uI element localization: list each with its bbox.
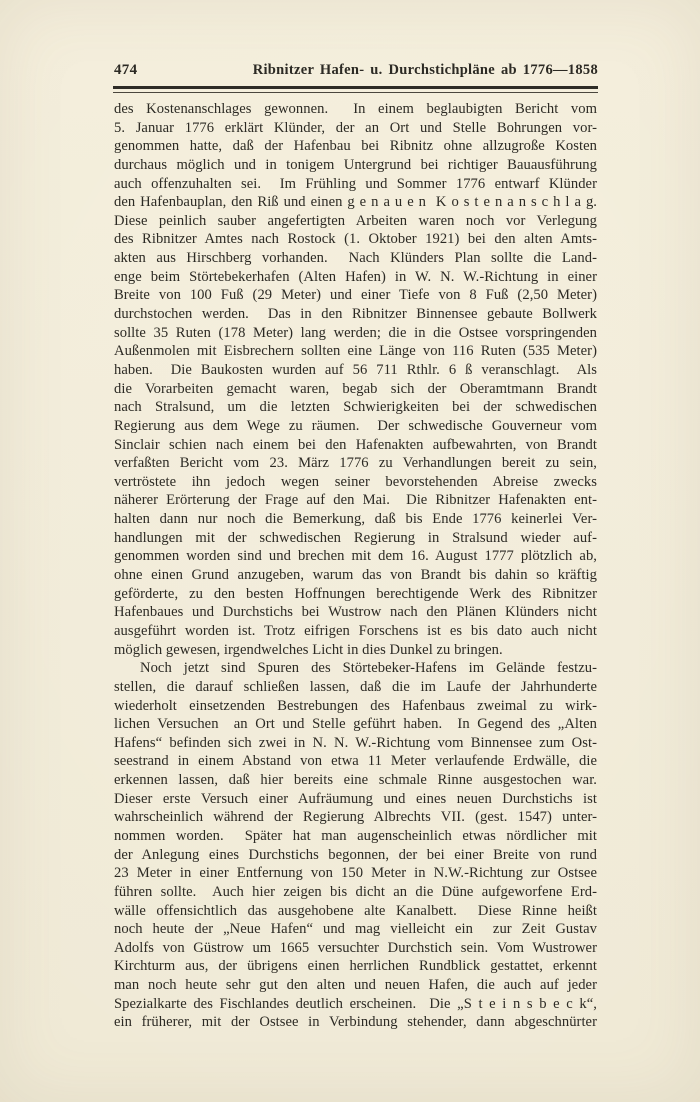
page-header: 474 Ribnitzer Hafen- u. Durchstichpläne …	[114, 62, 598, 79]
text-line: näherer Erörterung der Frage auf den Mai…	[114, 491, 597, 510]
text-line: man noch heute sehr gut den alten und ne…	[114, 976, 597, 995]
text-line: Spezialkarte des Fischlandes deutlich er…	[114, 995, 597, 1014]
text-line: der Anlegung eines Durchstichs begonnen,…	[114, 846, 597, 865]
text-line: handlungen mit der schwedischen Regierun…	[114, 529, 597, 548]
text-line: durchaus möglich und in tonigem Untergru…	[114, 156, 597, 175]
text-line: des Kostenanschlages gewonnen. In einem …	[114, 100, 597, 119]
text-line: möglich gewesen, irgendwelches Licht in …	[114, 641, 597, 660]
text-line: Sinclair schien nach einem bei den Hafen…	[114, 436, 597, 455]
text-line: wälle offensichtlich das ausgehobene alt…	[114, 902, 597, 921]
text-line: 5. Januar 1776 erklärt Klünder, der an O…	[114, 119, 597, 138]
text-line: wiederholt einsetzenden Bestrebungen des…	[114, 697, 597, 716]
text-line: Kirchturm aus, der übrigens einen herrli…	[114, 957, 597, 976]
text-line: Hafenbaues und Durchstichs bei Wustrow n…	[114, 603, 597, 622]
text-line: nommen worden. Später hat man augenschei…	[114, 827, 597, 846]
text-line: sollte 35 Ruten (178 Meter) lang werden;…	[114, 324, 597, 343]
text-line: stellen, die darauf schließen lassen, da…	[114, 678, 597, 697]
running-title: Ribnitzer Hafen- u. Durchstichpläne ab 1…	[253, 62, 598, 79]
text-line: ohne einen Grund anzugeben, warum das vo…	[114, 566, 597, 585]
text-line: Regierung aus dem Wege zu räumen. Der sc…	[114, 417, 597, 436]
page-body: des Kostenanschlages gewonnen. In einem …	[114, 100, 597, 1032]
text-line: führen sollte. Auch hier zeigen bis dich…	[114, 883, 597, 902]
text-line: Hafens“ befinden sich zwei in N. N. W.-R…	[114, 734, 597, 753]
text-line: nach Stralsund, um die letzten Schwierig…	[114, 398, 597, 417]
text-line: genommen hatte, daß der Hafenbau bei Rib…	[114, 137, 597, 156]
text-line: enge beim Störtebekerhafen (Alten Hafen)…	[114, 268, 597, 287]
header-rule-thin	[113, 92, 598, 93]
paragraph: des Kostenanschlages gewonnen. In einem …	[114, 100, 597, 659]
book-page: 474 Ribnitzer Hafen- u. Durchstichpläne …	[0, 0, 700, 1102]
text-line: auch offenzuhalten sei. Im Frühling und …	[114, 175, 597, 194]
text-line: Breite von 100 Fuß (29 Meter) und einer …	[114, 286, 597, 305]
paragraph: Noch jetzt sind Spuren des Störtebeker-H…	[114, 659, 597, 1032]
text-line: Dieser erste Versuch einer Aufräumung un…	[114, 790, 597, 809]
text-line: den Hafenbauplan, den Riß und einen g e …	[114, 193, 597, 212]
header-rule-thick	[113, 86, 598, 89]
text-line: genommen worden sind und brechen mit dem…	[114, 547, 597, 566]
text-line: wahrscheinlich während der Regierung Alb…	[114, 808, 597, 827]
text-line: erkennen lassen, daß hier bereits eine s…	[114, 771, 597, 790]
text-line: des Ribnitzer Amtes nach Rostock (1. Okt…	[114, 230, 597, 249]
text-line: Adolfs von Güstrow um 1665 versuchter Du…	[114, 939, 597, 958]
text-line: halten dann nur noch die Bemerkung, daß …	[114, 510, 597, 529]
text-line: haben. Die Baukosten wurden auf 56 711 R…	[114, 361, 597, 380]
page-number: 474	[114, 62, 137, 79]
text-line: Noch jetzt sind Spuren des Störtebeker-H…	[114, 659, 597, 678]
text-line: Außenmolen mit Eisbrechern sollten eine …	[114, 342, 597, 361]
text-line: die Vorarbeiten gemacht waren, begab sic…	[114, 380, 597, 399]
text-line: 23 Meter in einer Entfernung von 150 Met…	[114, 864, 597, 883]
text-line: vertröstete ihn jedoch wegen seiner bevo…	[114, 473, 597, 492]
text-line: seestrand in einem Abstand von etwa 11 M…	[114, 752, 597, 771]
text-line: Diese peinlich sauber angefertigten Arbe…	[114, 212, 597, 231]
text-line: noch heute der „Neue Hafen“ und mag viel…	[114, 920, 597, 939]
text-line: ein früherer, mit der Ostsee in Verbindu…	[114, 1013, 597, 1032]
text-line: lichen Versuchen an Ort und Stelle gefüh…	[114, 715, 597, 734]
text-line: verfaßten Bericht vom 23. März 1776 zu V…	[114, 454, 597, 473]
text-line: ausgeführt worden ist. Trotz eifrigen Fo…	[114, 622, 597, 641]
text-line: akten aus Hirschberg vorhanden. Nach Klü…	[114, 249, 597, 268]
text-line: geförderte, zu den besten Hoffnungen ber…	[114, 585, 597, 604]
text-line: durchstochen werden. Das in den Ribnitze…	[114, 305, 597, 324]
